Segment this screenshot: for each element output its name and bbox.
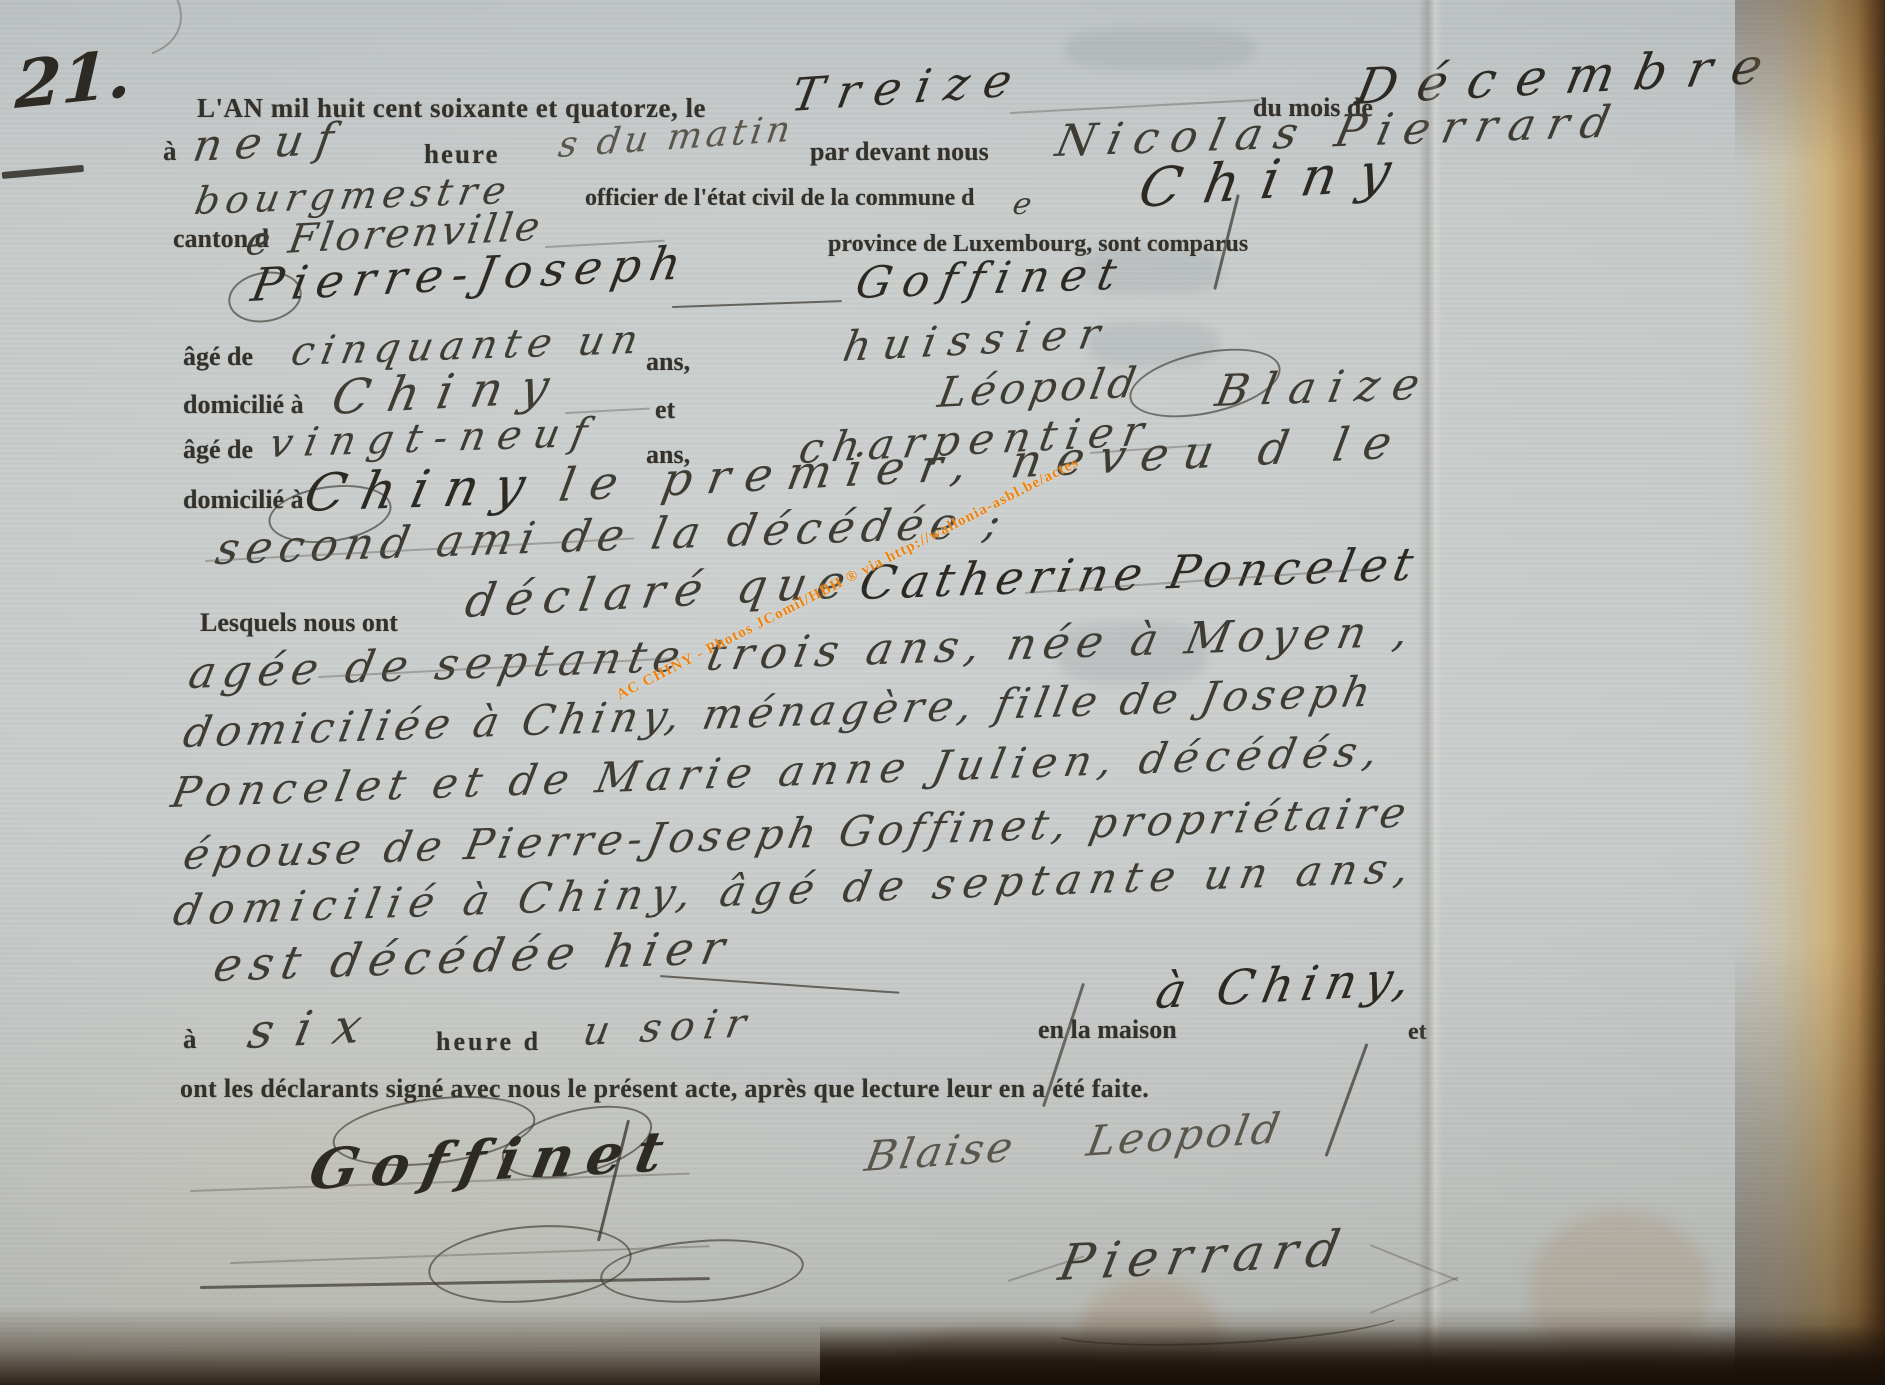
bleedthrough-smudge	[1065, 28, 1255, 70]
page-crease	[1418, 0, 1442, 1385]
printed-en-la-maison: en la maison	[1038, 1017, 1177, 1043]
signature-pierrard: Pierrard	[1055, 1223, 1353, 1288]
handwritten-declarant2-age: vingt-neuf	[266, 413, 603, 464]
ink-descender	[1325, 1043, 1369, 1157]
printed-ans-1: ans,	[646, 349, 690, 375]
handwritten-death-place: à Chiny,	[1152, 955, 1422, 1016]
act-number-underline	[2, 165, 84, 179]
book-binding-shade	[1735, 0, 1885, 1385]
printed-age-2: âgé de	[183, 437, 253, 463]
handwritten-commune-article: e	[1010, 190, 1034, 220]
printed-age-1: âgé de	[183, 344, 253, 370]
printed-hour-word: heure	[424, 141, 500, 168]
handwritten-declarant1-occupation: huissier	[840, 312, 1115, 368]
printed-before-us: par devant nous	[810, 139, 989, 165]
death-act-scan: 21. L'AN mil huit cent soixante et quato…	[0, 0, 1885, 1385]
handwritten-declarant2-residence: Chiny	[300, 460, 546, 520]
printed-closing-line: ont les déclarants signé avec nous le pr…	[180, 1076, 1149, 1102]
printed-and-1: et	[655, 397, 675, 423]
act-number: 21.	[14, 40, 132, 118]
handwritten-hour: neuf	[190, 117, 350, 169]
handwritten-declarant2-last-name: Blaize	[1212, 363, 1436, 414]
printed-residence-1: domicilié à	[183, 392, 304, 418]
printed-officer-line: officier de l'état civil de la commune d	[585, 186, 974, 210]
bottom-edge-dark	[820, 1325, 1885, 1385]
handwritten-declarant2-first-name: Léopold	[935, 362, 1143, 414]
handwritten-day: Treize	[788, 56, 1030, 118]
handwritten-declared: déclaré que	[462, 558, 859, 624]
printed-at-hour: à	[183, 1026, 197, 1053]
printed-at: à	[163, 138, 177, 165]
handwritten-declarant1-last-name: Goffinet	[852, 253, 1131, 306]
printed-heure-d: heure d	[436, 1029, 541, 1055]
printed-lesquels: Lesquels nous ont	[200, 610, 398, 636]
handwritten-deceased-name: Catherine Poncelet	[856, 541, 1423, 606]
signature-arrow	[1370, 1244, 1459, 1281]
ink-connector	[672, 300, 842, 308]
handwritten-du-soir: u soir	[580, 1003, 758, 1052]
handwritten-commune: Chiny	[1135, 143, 1417, 216]
handwritten-death-hour: six	[244, 1001, 388, 1056]
